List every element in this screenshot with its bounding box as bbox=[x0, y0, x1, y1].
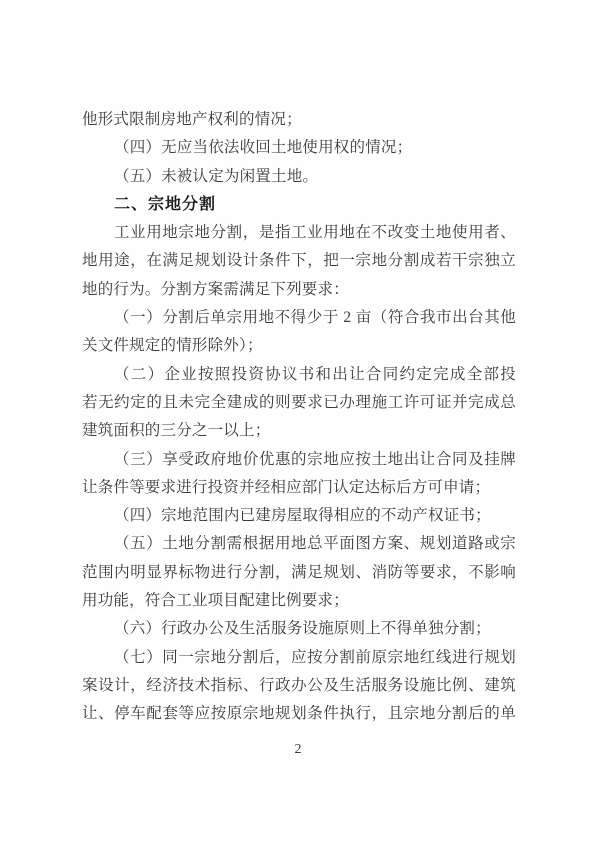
text-line: 让条件等要求进行投资并经相应部门认定达标后方可申请； bbox=[82, 474, 516, 502]
text-line: 关文件规定的情形除外）； bbox=[82, 332, 516, 360]
section-heading: 二、宗地分割 bbox=[82, 191, 516, 219]
list-item: （二）企业按照投资协议书和出让合同约定完成全部投资， bbox=[82, 361, 516, 389]
text-line: 地的行为。分割方案需满足下列要求： bbox=[82, 276, 516, 304]
list-item: （六）行政办公及生活服务设施原则上不得单独分割； bbox=[82, 615, 516, 643]
text-line: 让、停车配套等应按原宗地规划条件执行，且宗地分割后的单独 bbox=[82, 700, 516, 728]
list-item: （七）同一宗地分割后，应按分割前原宗地红线进行规划方 bbox=[82, 644, 516, 672]
document-page: 他形式限制房地产权利的情况； （四）无应当依法收回土地使用权的情况； （五）未被… bbox=[0, 0, 596, 842]
list-item: （五）未被认定为闲置土地。 bbox=[82, 163, 516, 191]
text-line: 用功能，符合工业项目配建比例要求； bbox=[82, 587, 516, 615]
text-line: 建筑面积的三分之一以上； bbox=[82, 417, 516, 445]
list-item: （一）分割后单宗用地不得少于 2 亩（符合我市出台其他有 bbox=[82, 304, 516, 332]
text-line: 若无约定的且未完全建成的则要求已办理施工许可证并完成总 bbox=[82, 389, 516, 417]
text-line: 工业用地宗地分割，是指工业用地在不改变土地使用者、土 bbox=[82, 219, 516, 247]
text-line: 案设计，经济技术指标、行政办公及生活服务设施比例、建筑退 bbox=[82, 672, 516, 700]
text-line: 他形式限制房地产权利的情况； bbox=[82, 106, 516, 134]
text-line: 范围内明显界标物进行分割，满足规划、消防等要求，不影响使 bbox=[82, 559, 516, 587]
list-item: （四）宗地范围内已建房屋取得相应的不动产权证书； bbox=[82, 502, 516, 530]
text-line: 地用途，在满足规划设计条件下，把一宗地分割成若干宗独立用 bbox=[82, 247, 516, 275]
page-number: 2 bbox=[0, 742, 596, 758]
list-item: （五）土地分割需根据用地总平面图方案、规划道路或宗地 bbox=[82, 530, 516, 558]
page-content: 他形式限制房地产权利的情况； （四）无应当依法收回土地使用权的情况； （五）未被… bbox=[82, 106, 516, 729]
list-item: （三）享受政府地价优惠的宗地应按土地出让合同及挂牌出 bbox=[82, 446, 516, 474]
list-item: （四）无应当依法收回土地使用权的情况； bbox=[82, 134, 516, 162]
